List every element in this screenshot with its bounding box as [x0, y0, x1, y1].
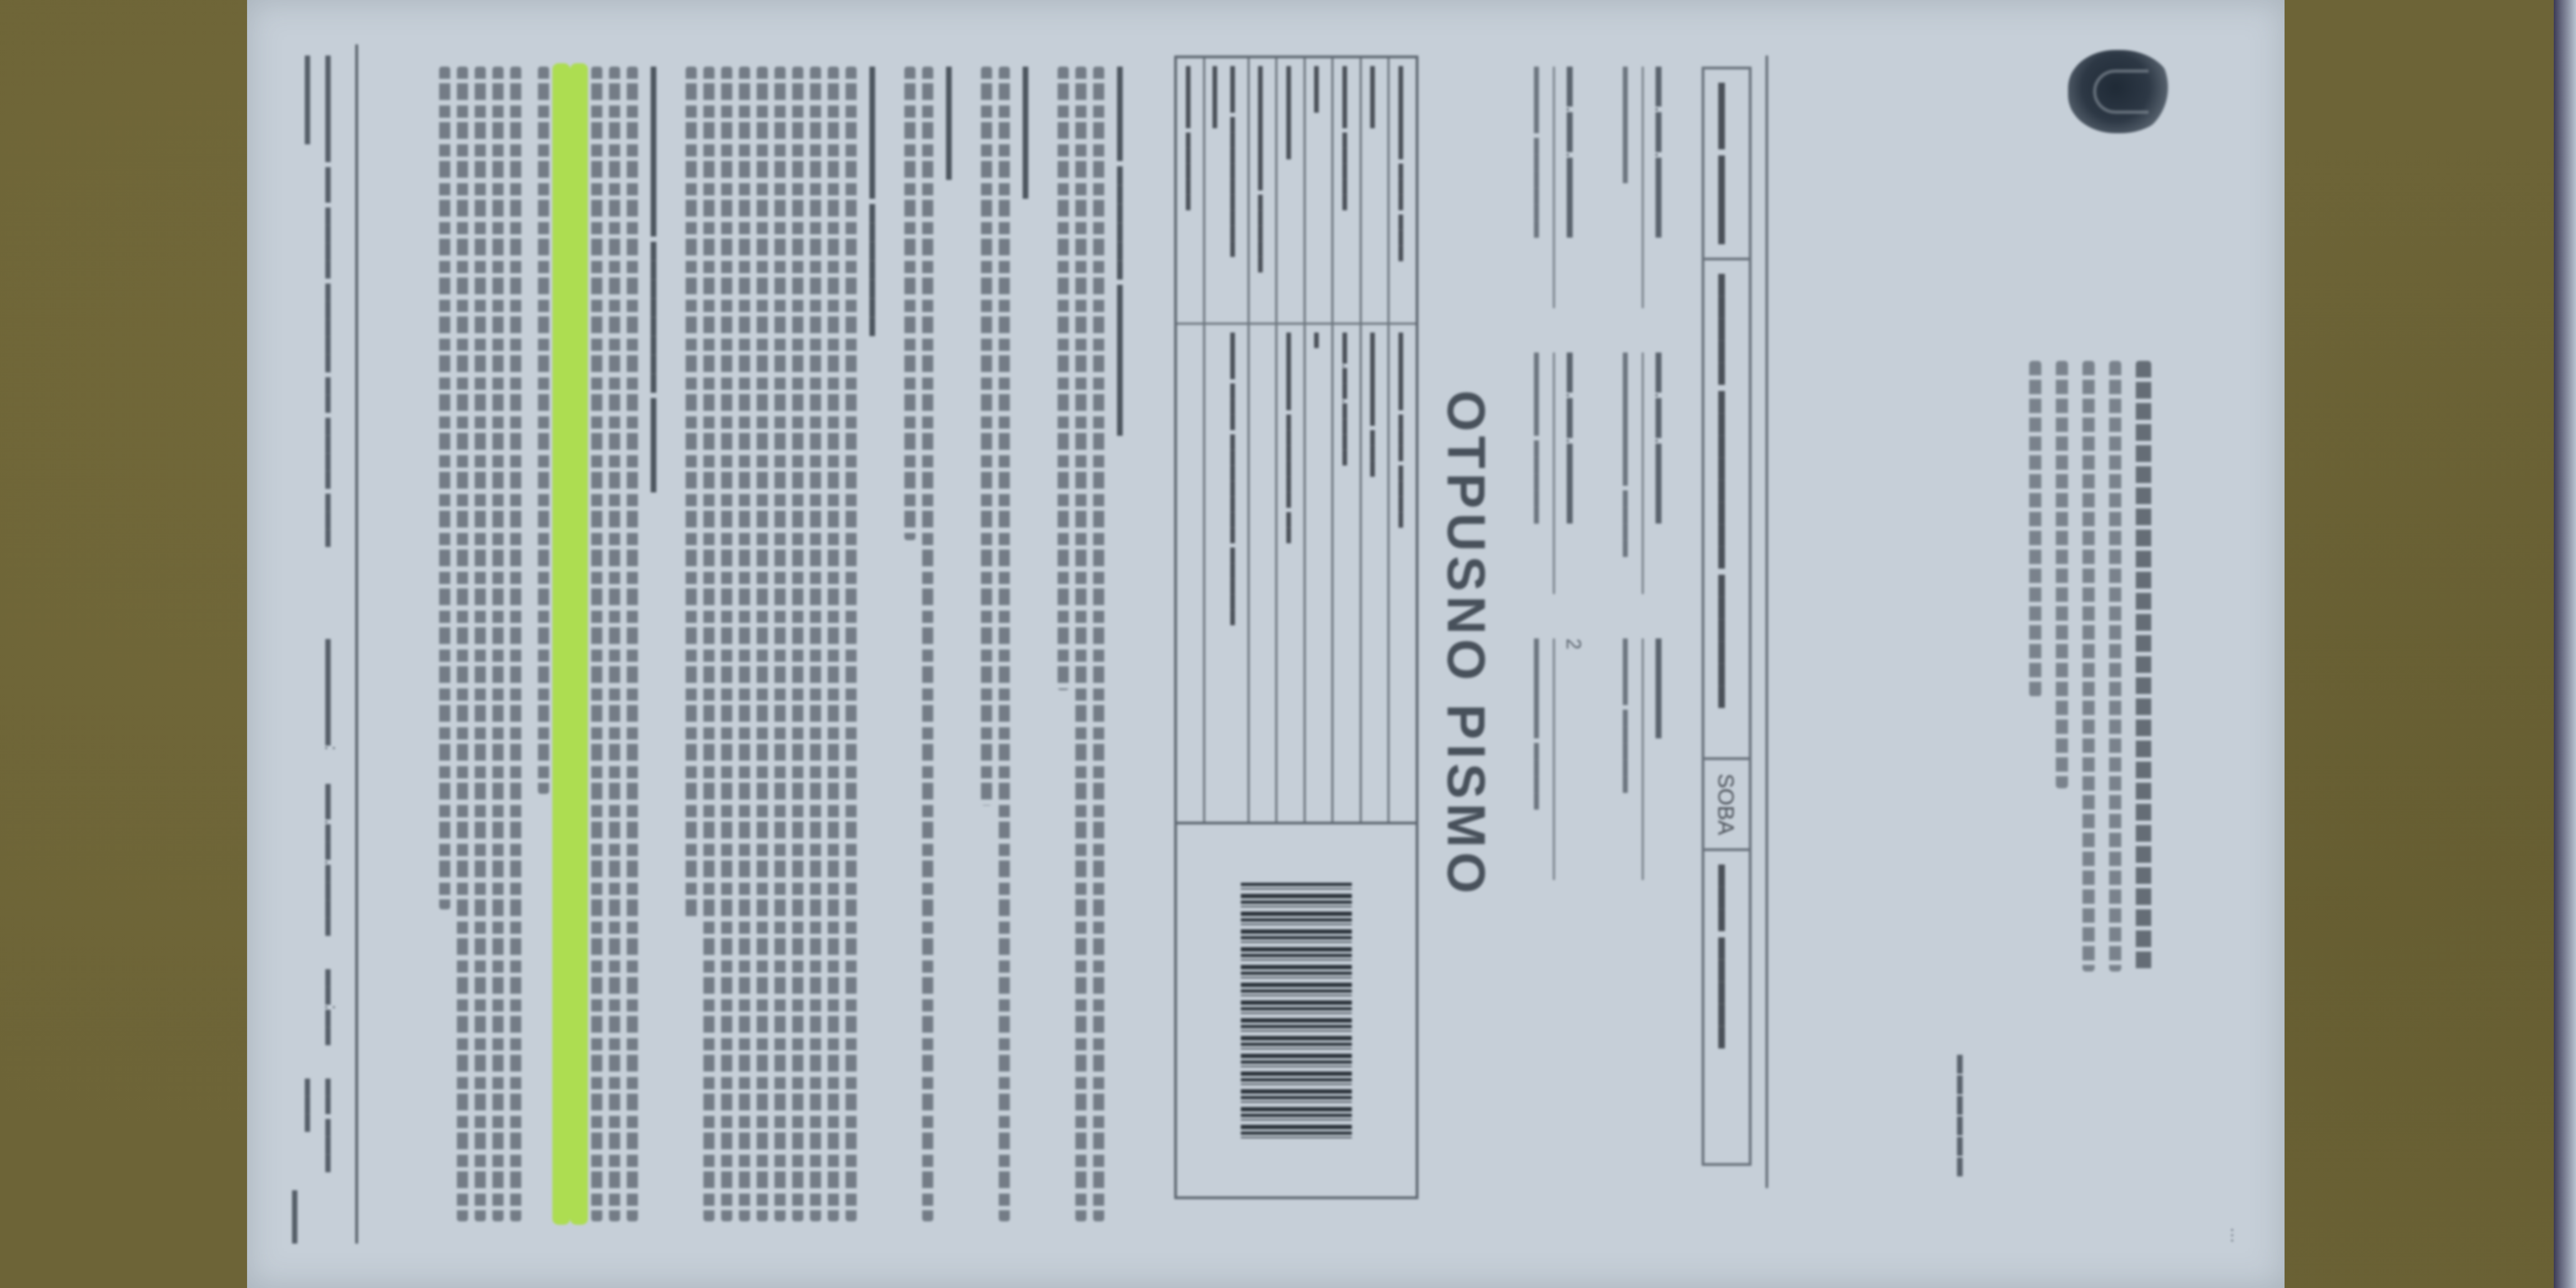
document-section: ▬▬▬▬▬▬▬ ▬▬▬▬▬▬▬: [686, 67, 888, 1221]
meta-value: ▬▬▬▬▬: [1651, 638, 1674, 880]
text-line: [792, 67, 803, 1221]
table-value: ▬▬.▬▬.▬▬▬▬: [1334, 325, 1360, 822]
text-line: [591, 67, 602, 1221]
footer-note: ▬▬▬▬▬▬ ▬▬ ▬▬▬▬ ▬▬▬▬▬ ▬▬ ▬▬▬▬ ▬▬▬ ▬▬▬▬▬: [300, 56, 341, 606]
text-line: [1093, 67, 1104, 1221]
table-key: ▬▬▬ ▬▬▬▬▬▬▬▬▬ ▬▬▬▬: [1205, 58, 1247, 325]
registry-cell: ▬▬▬ ▬▬▬▬: [1704, 69, 1749, 260]
document-footer: ▬▬▬▬▬▬ ▬▬ ▬▬▬▬ ▬▬▬▬▬ ▬▬ ▬▬▬▬ ▬▬▬ ▬▬▬▬▬ ▬…: [300, 56, 341, 1221]
text-line: [922, 67, 933, 1221]
background-object: [2554, 0, 2576, 1288]
meta-fields: ▬▬.▬▬.▬▬▬▬▬▬▬▬▬▬▬▬▬.▬▬.▬▬▬▬▬▬▬▬▬▬▬▬ ▬▬▬▬…: [1529, 67, 1674, 1166]
table-key: ▬▬▬: [1306, 58, 1332, 325]
text-line: [538, 67, 549, 794]
table-key: ▬▬▬▬ ▬▬▬▬▬: [1334, 58, 1360, 325]
meta-field: ▬▬.▬▬.▬▬▬▬▬▬▬▬▬▬▬: [1618, 67, 1674, 308]
section-heading: ▬▬▬▬▬ ▬▬▬▬▬▬ ▬▬▬▬▬▬▬▬: [1111, 67, 1135, 1221]
meta-label: ▬▬▬▬▬▬ ▬▬▬▬: [1529, 638, 1555, 880]
meta-field: [1618, 924, 1674, 1166]
document-reference: …: [2227, 1227, 2246, 1244]
registry-box: ▬▬▬ ▬▬▬▬ ▬▬▬▬▬ ▬▬▬▬▬▬▬▬ ▬▬▬▬▬▬ SOBA ▬▬▬ …: [1702, 67, 1752, 1166]
meta-value: ▬▬.▬▬.▬▬▬▬: [1651, 67, 1674, 308]
text-line: [510, 67, 521, 1221]
text-line: [904, 67, 915, 540]
section-heading: ▬▬▬▬▬▬▬▬▬ ▬▬▬▬▬▬▬▬ ▬▬▬▬▬: [645, 67, 669, 1221]
text-line: [439, 67, 450, 909]
meta-field: ▬▬.▬▬.▬▬▬▬▬▬▬▬ ▬▬▬▬▬▬: [1529, 67, 1585, 308]
barcode-icon: [1241, 883, 1352, 1138]
table-value: ▬▬▬▬▬ ▬▬▬ ▬▬▬▬: [1390, 325, 1416, 822]
institution-logo-icon: [2068, 50, 2173, 133]
document-section: [439, 67, 521, 1221]
table-row: ▬▬▬▬▬▬ ▬▬▬ ▬▬▬▬▬▬▬▬ ▬▬▬ ▬▬▬▬: [1387, 58, 1416, 822]
section-heading: ▬▬▬▬▬▬▬: [1017, 67, 1041, 1221]
text-line: [492, 67, 504, 1221]
table-key: ▬▬▬▬: [1362, 58, 1388, 325]
table-row: ▬▬▬▬ ▬▬▬▬▬▬▬.▬▬.▬▬▬▬: [1331, 58, 1360, 822]
table-row: ▬▬▬▬▬▬▬▬▬▬ ▬▬▬: [1360, 58, 1388, 822]
text-line: [774, 67, 786, 1221]
patient-table: ▬▬▬▬▬▬ ▬▬▬ ▬▬▬▬▬▬▬▬ ▬▬▬ ▬▬▬▬▬▬▬▬▬▬▬▬▬▬ ▬…: [1174, 56, 1418, 1199]
meta-value: ▬▬.▬▬.▬▬▬▬: [1562, 67, 1585, 308]
meta-field: ▬▬.▬▬.▬▬▬▬▬▬▬▬▬▬▬▬ ▬▬▬▬: [1618, 353, 1674, 594]
section-heading: ▬▬▬▬▬▬▬ ▬▬▬▬▬▬▬: [863, 67, 888, 1221]
footer-time: ▬▬:▬▬: [300, 969, 341, 1045]
header-line: [2056, 361, 2068, 788]
text-line: [686, 67, 697, 921]
meta-field: [1529, 924, 1585, 1166]
meta-value: ▬▬.▬▬.▬▬▬▬: [1651, 353, 1674, 594]
document-paper: … ▬▬▬▬▬▬ ▬▬▬ ▬▬▬▬ ▬▬▬▬▬ ▬▬▬▬▬▬▬▬ ▬▬▬▬▬▬ …: [247, 0, 2285, 1288]
text-line: [703, 67, 715, 1221]
registry-cell: ▬▬▬ ▬▬▬▬▬: [1704, 851, 1749, 1163]
header-line: [2029, 361, 2041, 697]
table-key: ▬▬▬▬▬▬ ▬▬▬ ▬▬▬: [1390, 58, 1416, 325]
table-row: ▬▬▬▬ ▬▬▬▬▬: [1177, 58, 1203, 822]
table-row: ▬▬▬ ▬▬▬▬▬▬▬▬▬ ▬▬▬▬▬▬▬ ▬▬▬ ▬▬▬▬▬▬▬ ▬▬▬▬▬: [1203, 58, 1247, 822]
divider: [1763, 56, 1768, 1188]
table-row: ▬▬▬▬▬▬▬▬▬▬▬ ▬▬▬▬▬▬ ▬▬: [1275, 58, 1304, 822]
text-line: [1058, 67, 1069, 690]
table-value: ▬▬▬▬▬▬ ▬▬▬: [1362, 325, 1388, 822]
meta-label: ▬▬▬▬▬▬▬: [1618, 67, 1644, 308]
text-line: [846, 67, 857, 1221]
table-key: ▬▬▬▬▬▬▬▬ ▬▬▬▬▬: [1250, 58, 1276, 325]
text-line: [475, 67, 486, 1221]
document-page: … ▬▬▬▬▬▬ ▬▬▬ ▬▬▬▬ ▬▬▬▬▬ ▬▬▬▬▬▬▬▬ ▬▬▬▬▬▬ …: [247, 0, 2285, 1288]
table-value: ▬: [1306, 325, 1332, 822]
footer-date: ▬▬.▬▬.▬▬▬▬: [300, 784, 341, 936]
meta-label: ▬▬▬▬▬ ▬▬▬▬▬: [1529, 353, 1555, 594]
text-line: [739, 67, 750, 1221]
document-section: ▬▬▬▬▬ ▬▬▬▬▬▬ ▬▬▬▬▬▬▬▬: [1058, 67, 1135, 1221]
page-number: ▬▬▬: [288, 1190, 308, 1244]
meta-label: ▬▬▬▬ ▬▬▬▬▬: [1618, 638, 1644, 880]
text-line: [457, 67, 468, 1221]
document-section: ▬▬▬▬▬▬▬: [981, 67, 1041, 1221]
meta-label: ▬▬▬▬▬▬▬▬ ▬▬▬▬: [1618, 353, 1644, 594]
text-line: [609, 67, 620, 1221]
meta-value: ▬▬.▬▬.▬▬▬▬: [1562, 353, 1585, 594]
meta-value: 2: [1562, 638, 1585, 880]
text-line: [810, 67, 821, 1221]
table-row: ▬▬▬▬▬▬▬▬ ▬▬▬▬▬: [1247, 58, 1276, 822]
table-value: [1250, 325, 1276, 822]
text-line: [999, 67, 1010, 1221]
table-value: ▬▬▬ ▬▬▬ ▬▬▬▬▬▬▬ ▬▬▬▬▬: [1205, 325, 1247, 822]
text-line: [627, 67, 638, 1221]
document-section: ▬▬▬▬▬▬▬▬▬ ▬▬▬▬▬▬▬▬ ▬▬▬▬▬: [538, 67, 669, 1221]
highlighted-text-line: [556, 67, 567, 1221]
meta-label: [1663, 924, 1667, 1166]
header-line: [2109, 361, 2121, 972]
text-line: [757, 67, 768, 1221]
table-row: ▬▬▬▬: [1304, 58, 1332, 822]
meta-field: ▬▬.▬▬.▬▬▬▬▬▬▬▬▬ ▬▬▬▬▬: [1529, 353, 1585, 594]
highlighted-text-line: [573, 67, 585, 1221]
divider: [355, 44, 358, 1244]
text-line: [721, 67, 732, 1221]
header-line: [2136, 361, 2151, 972]
document-body: ▬▬▬▬▬ ▬▬▬▬▬▬ ▬▬▬▬▬▬▬▬▬▬▬▬▬▬▬▬▬▬▬▬▬▬▬▬▬▬▬…: [422, 67, 1135, 1221]
side-code: ▬▬▬▬▬▬: [1952, 1055, 1974, 1178]
patient-table-fields: ▬▬▬▬▬▬ ▬▬▬ ▬▬▬▬▬▬▬▬ ▬▬▬ ▬▬▬▬▬▬▬▬▬▬▬▬▬▬ ▬…: [1177, 58, 1416, 824]
table-value: [1177, 325, 1203, 822]
text-line: [828, 67, 839, 1221]
table-key: ▬▬▬▬▬▬: [1277, 58, 1304, 325]
barcode-cell: [1177, 824, 1416, 1196]
shield-icon: [2093, 69, 2149, 114]
meta-field: ▬▬▬▬▬▬▬▬▬ ▬▬▬▬▬: [1618, 638, 1674, 880]
meta-label: [1574, 924, 1578, 1166]
text-line: [1075, 67, 1086, 1221]
footer-date-label: ▬▬▬▬▬▬:: [300, 639, 341, 751]
document-title: OTPUSNO PISMO: [1435, 0, 1496, 1288]
registry-cell: ▬▬▬▬▬ ▬▬▬▬▬▬▬▬ ▬▬▬▬▬▬: [1704, 260, 1749, 760]
text-line: [981, 67, 992, 806]
meta-field: 2▬▬▬▬▬▬ ▬▬▬▬: [1529, 638, 1585, 880]
section-heading: ▬▬▬▬▬▬: [940, 67, 964, 1221]
registry-cell: SOBA: [1704, 760, 1749, 851]
document-section: ▬▬▬▬▬▬: [904, 67, 964, 1221]
institution-header: [2015, 361, 2151, 972]
meta-label: ▬▬▬▬ ▬▬▬▬▬▬: [1529, 67, 1555, 308]
table-value: ▬▬▬▬▬ ▬▬▬▬▬▬ ▬▬: [1277, 325, 1304, 822]
header-line: [2082, 361, 2095, 972]
table-key: ▬▬▬▬ ▬▬▬▬▬: [1177, 58, 1203, 325]
